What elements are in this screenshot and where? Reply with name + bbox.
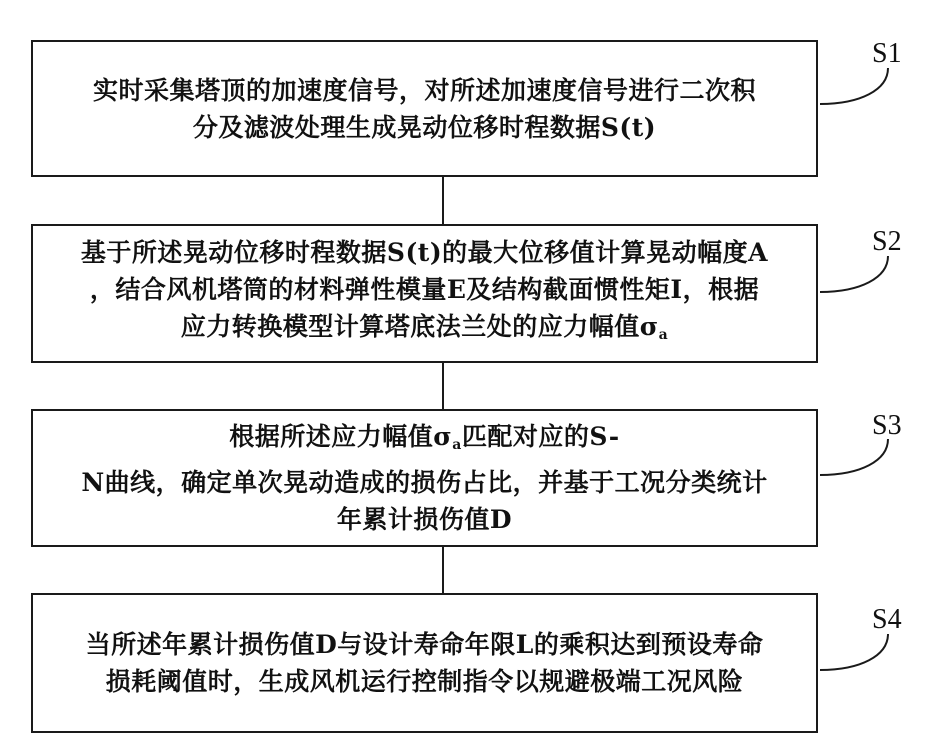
step-label-s4: S4 xyxy=(872,604,902,636)
step-label-s2: S2 xyxy=(872,226,902,258)
step-label-s1: S1 xyxy=(872,38,902,70)
callout-leaders xyxy=(0,0,925,755)
step-label-s3: S3 xyxy=(872,410,902,442)
